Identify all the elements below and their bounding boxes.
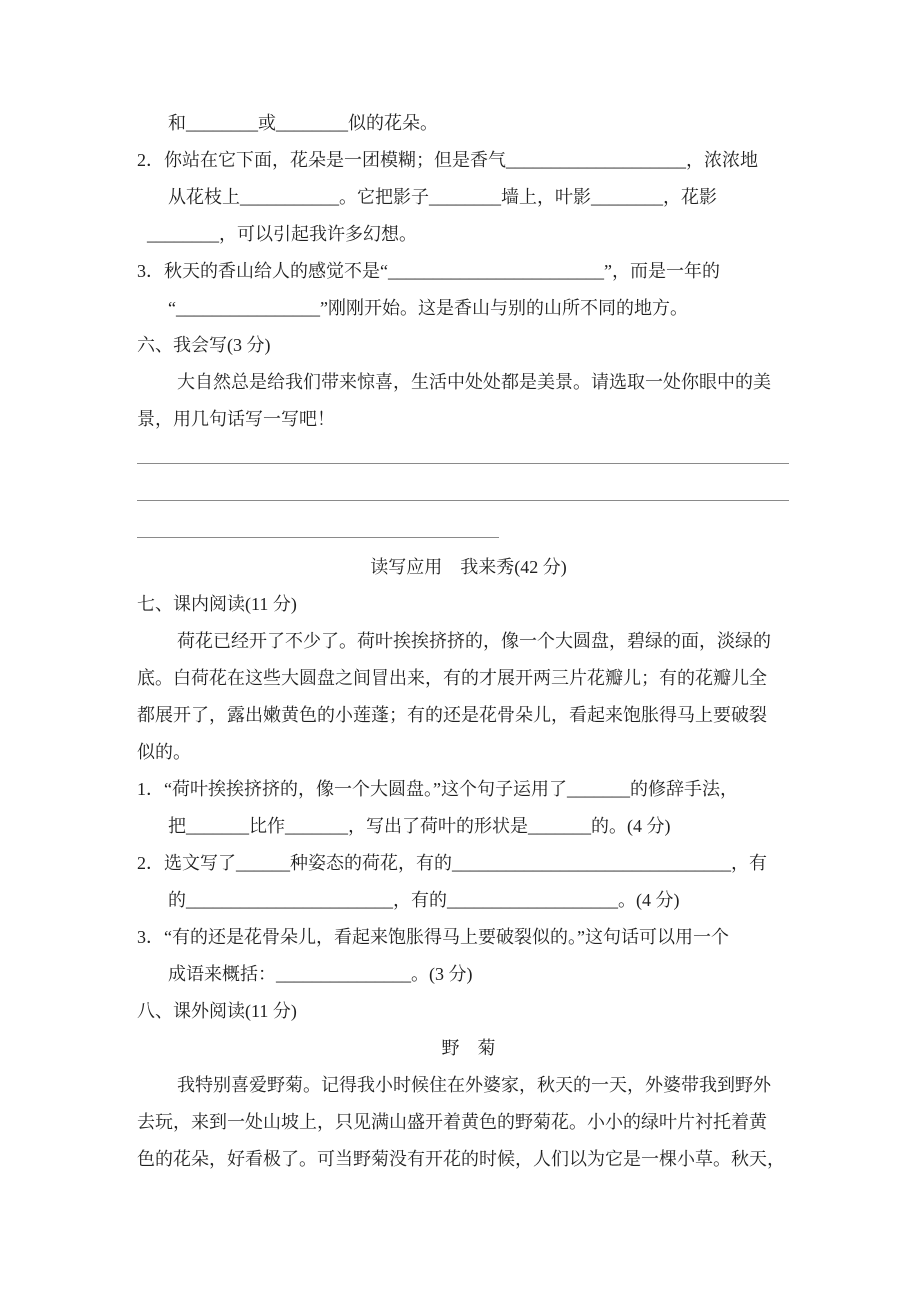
section6-prompt-line2: 景，用几句话写一写吧！ <box>137 401 860 438</box>
section6-prompt-line1: 大自然总是给我们带来惊喜，生活中处处都是美景。请选取一处你眼中的美 <box>137 364 860 401</box>
part-header: 读写应用 我来秀(42 分) <box>137 549 860 586</box>
section8-passage-line2: 去玩，来到一处山坡上，只见满山盛开着黄色的野菊花。小小的绿叶片衬托着黄 <box>137 1104 860 1141</box>
section7-q2-line1: 2．选文写了______种姿态的荷花，有的___________________… <box>137 845 860 882</box>
section7-passage-line4: 似的。 <box>137 734 860 771</box>
q5-item2-line3: ________，可以引起我许多幻想。 <box>137 216 860 253</box>
answer-line-1 <box>137 438 789 464</box>
answer-line-3 <box>137 512 499 538</box>
section8-passage-line1: 我特别喜爱野菊。记得我小时候住在外婆家，秋天的一天，外婆带我到野外 <box>137 1067 860 1104</box>
test-paper-page: 和________或________似的花朵。 2．你站在它下面，花朵是一团模糊… <box>0 0 920 1302</box>
section7-q1-line1: 1．“荷叶挨挨挤挤的，像一个大圆盘。”这个句子运用了_______的修辞手法， <box>137 771 860 808</box>
section8-passage-line3: 色的花朵，好看极了。可当野菊没有开花的时候，人们以为它是一棵小草。秋天， <box>137 1141 860 1178</box>
section7-heading: 七、课内阅读(11 分) <box>137 586 860 623</box>
section7-q1-line2: 把_______比作_______，写出了荷叶的形状是_______的。(4 分… <box>137 808 860 845</box>
section7-q3-line1: 3．“有的还是花骨朵儿，看起来饱胀得马上要破裂似的。”这句话可以用一个 <box>137 919 860 956</box>
q5-item3-line1: 3．秋天的香山给人的感觉不是“________________________”… <box>137 253 860 290</box>
section6-heading: 六、我会写(3 分) <box>137 327 860 364</box>
section8-heading: 八、课外阅读(11 分) <box>137 993 860 1030</box>
section7-q3-line2: 成语来概括：_______________。(3 分) <box>137 956 860 993</box>
section7-q2-line2: 的_______________________，有的_____________… <box>137 882 860 919</box>
section8-passage-title: 野 菊 <box>137 1030 860 1067</box>
section7-passage-line1: 荷花已经开了不少了。荷叶挨挨挤挤的，像一个大圆盘，碧绿的面，淡绿的 <box>137 623 860 660</box>
section7-passage-line2: 底。白荷花在这些大圆盘之间冒出来，有的才展开两三片花瓣儿；有的花瓣儿全 <box>137 660 860 697</box>
q5-item3-line2: “________________”刚刚开始。这是香山与别的山所不同的地方。 <box>137 290 860 327</box>
q5-item1-line: 和________或________似的花朵。 <box>137 105 860 142</box>
section7-passage-line3: 都展开了，露出嫩黄色的小莲蓬；有的还是花骨朵儿，看起来饱胀得马上要破裂 <box>137 697 860 734</box>
q5-item2-line2: 从花枝上___________。它把影子________墙上，叶影_______… <box>137 179 860 216</box>
q5-item2-line1: 2．你站在它下面，花朵是一团模糊；但是香气___________________… <box>137 142 860 179</box>
answer-line-2 <box>137 475 789 501</box>
